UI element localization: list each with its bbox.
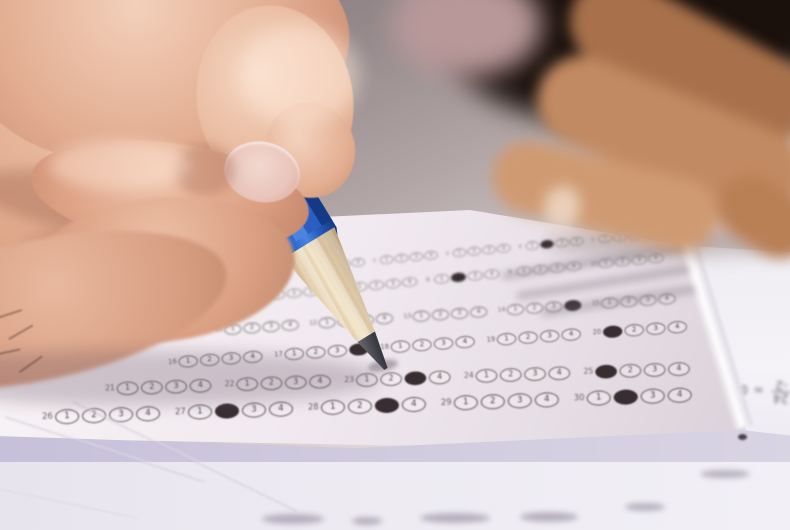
answer-bubble: 3 [482,245,496,254]
answer-bubble: 4 [548,366,570,380]
photo-exam-scene: 24 -2 = 0 - 18 3 11234212343123441234512… [0,0,790,530]
question-group: 201234 [592,320,689,339]
skin-highlight [50,140,190,190]
answer-bubble: 2 [481,393,506,409]
answer-bubble: 1 [475,368,497,382]
answer-bubble: 2 [613,389,638,405]
answer-bubble: 2 [467,246,481,255]
fraction-denominator: -2 [772,379,790,392]
answer-bubble: 3 [385,278,401,289]
blurred-handwriting [520,512,578,522]
answer-bubble: 3 [409,252,423,261]
question-number: 19 [486,335,497,344]
answer-bubble: 3 [640,388,665,404]
answer-bubble: 4 [668,362,690,376]
blurred-handwriting [625,503,665,511]
answer-bubble: 2 [243,322,261,334]
answer-bubble: 3 [646,322,666,335]
question-group: 241234 [464,366,573,383]
question-number: 24 [464,371,476,380]
answer-bubble: 4 [429,370,451,384]
answer-bubble: 2 [624,323,644,336]
blurred-handwriting [352,517,382,525]
answer-bubble: 1 [55,408,80,424]
question-number: 8 [426,276,435,283]
question-number: 30 [574,393,587,403]
answer-bubble: 4 [561,328,581,341]
answer-bubble: 4 [136,405,161,421]
question-group: 21234 [373,250,440,265]
answer-bubble: 1 [454,394,479,410]
answer-bubble: 1 [452,248,466,257]
answer-bubble: 4 [484,268,500,279]
answer-bubble: 4 [535,391,560,407]
question-number: 25 [583,367,595,376]
answer-bubble: 1 [321,399,346,415]
question-number: 14 [497,306,507,314]
answer-bubble: 4 [667,387,692,403]
question-number: 4 [518,243,526,249]
question-group: 281234 [308,396,429,415]
fraction: 24 -2 [771,379,790,405]
answer-bubble: 1 [525,241,539,250]
answer-bubble: 3 [467,270,483,281]
answer-bubble: 4 [424,250,438,259]
answer-bubble: 3 [508,392,533,408]
question-number: 2 [373,257,381,263]
answer-bubble: 3 [540,329,560,342]
skin-highlight [240,25,360,125]
question-group: 291234 [441,391,562,410]
answer-bubble: 2 [348,398,373,414]
blurred-handwriting [700,470,750,478]
answer-bubble: 3 [433,337,453,350]
question-number: 26 [42,412,55,422]
answer-bubble: 1 [587,390,612,406]
answer-bubble: 1 [380,255,394,264]
question-number: 20 [592,328,603,337]
fraction-numerator: 24 [771,391,790,405]
blurred-handwriting [420,513,490,523]
answer-bubble: 1 [188,404,213,420]
answer-bubble: 4 [402,276,418,287]
answer-bubble: 2 [380,372,402,386]
answer-bubble: 2 [431,309,449,321]
ink-speck [738,434,747,440]
question-group: 251234 [583,361,692,378]
question-group: 31234 [445,243,512,258]
question-number: 29 [441,398,454,408]
answer-bubble: 3 [262,320,280,332]
answer-bubble: 4 [455,335,475,348]
answer-bubble: 4 [497,243,511,252]
answer-bubble: 2 [394,253,408,262]
answer-bubble: 4 [402,396,427,412]
answer-bubble: 1 [434,273,450,284]
answer-bubble: 1 [507,303,525,315]
answer-bubble: 4 [667,320,687,333]
answer-bubble: 2 [451,272,467,283]
question-group: 301234 [574,387,695,406]
answer-bubble: 2 [306,345,326,358]
question-number: 3 [446,250,454,256]
answer-bubble: 1 [603,325,623,338]
answer-bubble: 4 [281,319,299,331]
answer-bubble: 3 [242,402,267,418]
answer-bubble: 3 [404,371,426,385]
answer-bubble: 2 [500,367,522,381]
answer-bubble: 4 [470,306,488,318]
answer-bubble: 1 [497,332,517,345]
question-number: 28 [308,402,321,412]
question-group: 81234 [426,268,502,284]
bottom-paper [0,462,790,530]
question-group: 191234 [486,327,583,346]
answer-bubble: 2 [518,331,538,344]
blurred-handwriting [262,514,324,524]
answer-bubble: 1 [412,310,430,322]
answer-bubble: 2 [619,363,641,377]
answer-bubble: 3 [451,307,469,319]
answer-bubble: 2 [215,403,240,419]
question-number: 27 [175,407,188,417]
answer-bubble: 3 [524,367,546,381]
question-group: 131234 [403,306,489,323]
answer-bubble: 4 [269,401,294,417]
answer-bubble: 3 [644,362,666,376]
answer-bubble: 1 [595,364,617,378]
question-number: 13 [403,313,413,321]
answer-bubble: 3 [375,397,400,413]
